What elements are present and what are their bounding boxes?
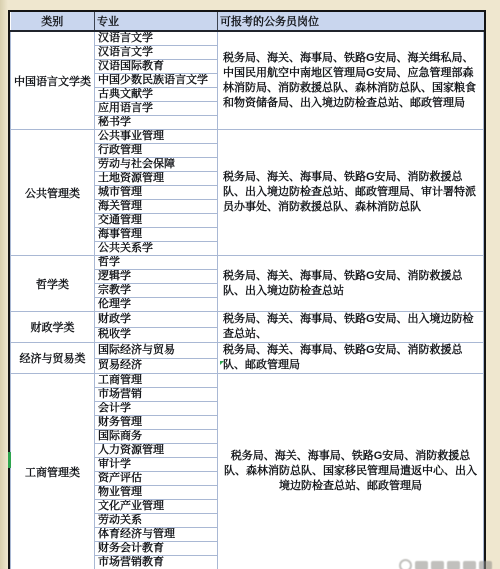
major-cell: 国际商务 — [95, 430, 218, 444]
jobs-cell: 税务局、海关、海事局、铁路G安局、消防救援总队、森林消防总队、国家移民管理局遣返… — [218, 374, 484, 569]
jobs-cell: 税务局、海关、海事局、铁路G安局、消防救援总队、出入境边防检查总站、邮政管理局、… — [218, 130, 484, 256]
table-row: 财政学类 财政学 税务局、海关、海事局、铁路G安局、出入境边防检查总站、 — [11, 312, 484, 328]
major-cell: 秘书学 — [95, 116, 218, 130]
major-cell: 劳动关系 — [95, 514, 218, 528]
header-major: 专业 — [95, 12, 218, 31]
major-cell: 交通管理 — [95, 214, 218, 228]
watermark-glyph — [415, 561, 428, 569]
category-cell: 财政学类 — [11, 312, 95, 343]
jobs-cell: 税务局、海关、海事局、铁路G安局、海关缉私局、中国民用航空中南地区管理局G安局、… — [218, 31, 484, 130]
cell-flag-icon — [220, 361, 224, 365]
table-row: 中国语言文学类 汉语言文学 税务局、海关、海事局、铁路G安局、海关缉私局、中国民… — [11, 31, 484, 46]
table-row: 经济与贸易类 国际经济与贸易 税务局、海关、海事局、铁路G安局、消防救援总队、邮… — [11, 343, 484, 359]
major-cell: 体育经济与管理 — [95, 528, 218, 542]
major-cell: 文化产业管理 — [95, 500, 218, 514]
watermark — [399, 557, 492, 569]
major-cell: 公共事业管理 — [95, 130, 218, 144]
jobs-cell: 税务局、海关、海事局、铁路G安局、消防救援总队、邮政管理局 — [218, 343, 484, 374]
major-cell: 土地资源管理 — [95, 172, 218, 186]
major-cell: 市场营销 — [95, 388, 218, 402]
major-cell: 劳动与社会保障 — [95, 158, 218, 172]
category-cell: 公共管理类 — [11, 130, 95, 256]
major-cell: 贸易经济 — [95, 358, 218, 374]
major-cell: 物业管理 — [95, 486, 218, 500]
major-cell: 人力资源管理 — [95, 444, 218, 458]
majors-table-sheet: 类别 专业 可报考的公务员岗位 中国语言文学类 汉语言文学 税务局、海关、海事局… — [8, 10, 486, 569]
majors-table: 类别 专业 可报考的公务员岗位 中国语言文学类 汉语言文学 税务局、海关、海事局… — [10, 12, 484, 569]
watermark-glyph — [431, 561, 444, 569]
major-cell: 海关管理 — [95, 200, 218, 214]
major-cell: 古典文献学 — [95, 88, 218, 102]
major-cell: 城市管理 — [95, 186, 218, 200]
major-cell: 逻辑学 — [95, 270, 218, 284]
jobs-cell: 税务局、海关、海事局、铁路G安局、消防救援总队、出入境边防检查总站 — [218, 256, 484, 312]
category-cell: 哲学类 — [11, 256, 95, 312]
major-cell: 财务管理 — [95, 416, 218, 430]
jobs-cell: 税务局、海关、海事局、铁路G安局、出入境边防检查总站、 — [218, 312, 484, 343]
major-cell: 公共关系学 — [95, 242, 218, 256]
major-cell: 伦理学 — [95, 298, 218, 312]
major-cell: 税收学 — [95, 327, 218, 343]
watermark-glyph — [447, 561, 460, 569]
major-cell: 哲学 — [95, 256, 218, 270]
major-cell: 工商管理 — [95, 374, 218, 388]
watermark-logo-icon — [399, 559, 412, 569]
major-cell: 行政管理 — [95, 144, 218, 158]
category-cell: 工商管理类 — [11, 374, 95, 569]
table-row: 公共管理类 公共事业管理 税务局、海关、海事局、铁路G安局、消防救援总队、出入境… — [11, 130, 484, 144]
major-cell: 财政学 — [95, 312, 218, 328]
major-cell: 宗教学 — [95, 284, 218, 298]
major-cell: 应用语言学 — [95, 102, 218, 116]
major-cell: 国际经济与贸易 — [95, 343, 218, 359]
major-cell: 海事管理 — [95, 228, 218, 242]
category-cell: 经济与贸易类 — [11, 343, 95, 374]
table-row: 工商管理类 工商管理 税务局、海关、海事局、铁路G安局、消防救援总队、森林消防总… — [11, 374, 484, 388]
watermark-glyph — [463, 561, 476, 569]
header-row: 类别 专业 可报考的公务员岗位 — [11, 12, 484, 31]
major-cell: 市场营销教育 — [95, 556, 218, 569]
green-edge-marker — [8, 452, 11, 468]
watermark-glyph — [479, 561, 492, 569]
category-cell: 中国语言文学类 — [11, 31, 95, 130]
header-category: 类别 — [11, 12, 95, 31]
major-cell: 汉语言文学 — [95, 31, 218, 46]
major-cell: 汉语言文学 — [95, 46, 218, 60]
major-cell: 审计学 — [95, 458, 218, 472]
major-cell: 汉语国际教育 — [95, 60, 218, 74]
major-cell: 会计学 — [95, 402, 218, 416]
major-cell: 财务会计教育 — [95, 542, 218, 556]
major-cell: 资产评估 — [95, 472, 218, 486]
page-edge-shade — [0, 0, 8, 569]
header-jobs: 可报考的公务员岗位 — [218, 12, 484, 31]
table-row: 哲学类 哲学 税务局、海关、海事局、铁路G安局、消防救援总队、出入境边防检查总站 — [11, 256, 484, 270]
major-cell: 中国少数民族语言文学 — [95, 74, 218, 88]
